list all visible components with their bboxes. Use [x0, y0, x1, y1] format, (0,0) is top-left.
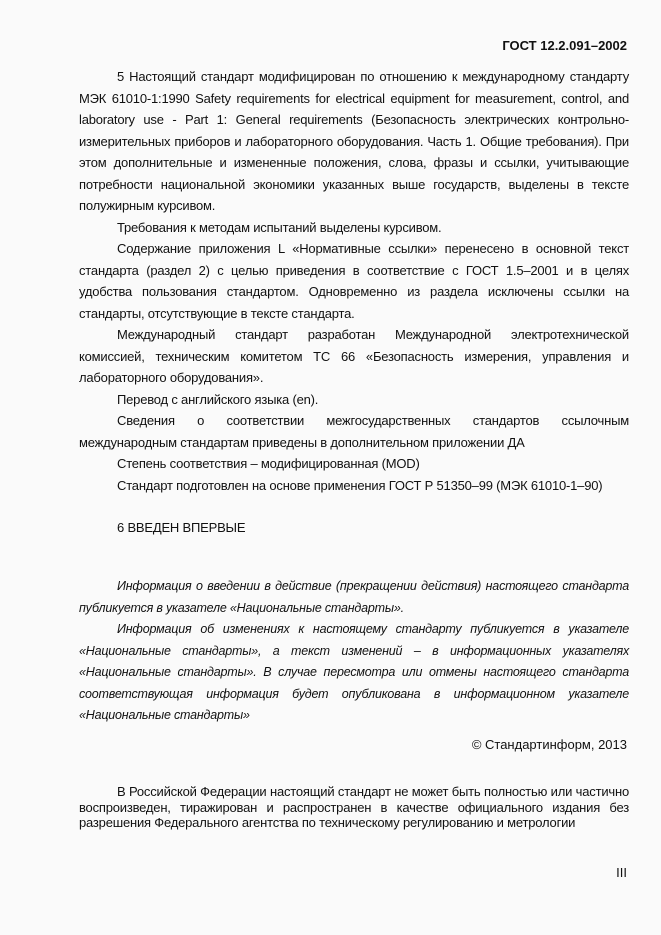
- page-number: III: [616, 865, 627, 880]
- section-6: 6 ВВЕДЕН ВПЕРВЫЕ: [79, 517, 629, 539]
- reproduction-notice-text: В Российской Федерации настоящий стандар…: [79, 784, 629, 831]
- section-5-paragraph-intro: 5 Настоящий стандарт модифицирован по от…: [79, 66, 629, 217]
- section-5-paragraph-developer: Международный стандарт разработан Междун…: [79, 324, 629, 389]
- section-5-paragraph-annex-l: Содержание приложения L «Нормативные ссы…: [79, 238, 629, 324]
- reproduction-notice: В Российской Федерации настоящий стандар…: [79, 784, 629, 831]
- section-5-paragraph-prepared: Стандарт подготовлен на основе применени…: [79, 475, 629, 497]
- info-paragraph-changes: Информация об изменениях к настоящему ст…: [79, 619, 629, 727]
- section-5: 5 Настоящий стандарт модифицирован по от…: [79, 66, 629, 496]
- section-5-paragraph-test-methods: Требования к методам испытаний выделены …: [79, 217, 629, 239]
- section-5-paragraph-translation: Перевод с английского языка (en).: [79, 389, 629, 411]
- copyright-notice: © Стандартинформ, 2013: [472, 737, 627, 752]
- section-5-paragraph-conformity-info: Сведения о соответствии межгосударственн…: [79, 410, 629, 453]
- info-paragraph-enactment: Информация о введении в действие (прекра…: [79, 576, 629, 619]
- section-5-paragraph-degree: Степень соответствия – модифицированная …: [79, 453, 629, 475]
- info-block: Информация о введении в действие (прекра…: [79, 576, 629, 727]
- section-6-introduced-first-time: 6 ВВЕДЕН ВПЕРВЫЕ: [79, 517, 629, 539]
- document-code-header: ГОСТ 12.2.091–2002: [502, 38, 627, 53]
